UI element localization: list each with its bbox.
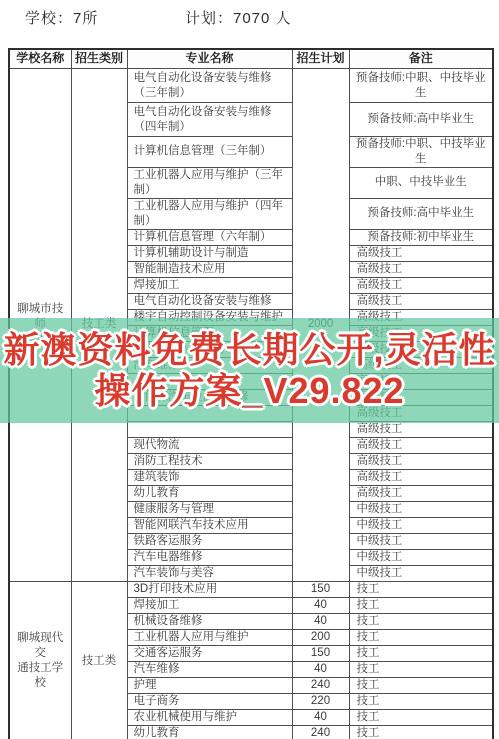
major-cell: 智能制造技术应用	[127, 261, 292, 277]
major-cell: 农业机械使用与维护	[127, 709, 292, 725]
major-cell: 计算机信息管理（六年制）	[127, 229, 292, 245]
note-cell: 高级技工	[349, 485, 493, 501]
note-cell: 高级技工	[349, 277, 493, 293]
note-cell: 高级技工	[349, 245, 493, 261]
major-cell: 建筑装饰	[127, 469, 292, 485]
note-cell: 高级技工	[349, 469, 493, 485]
note-cell: 预备技师:高中毕业生	[349, 198, 493, 229]
major-cell: 幼儿教育	[127, 485, 292, 501]
major-cell: 汽车装饰与美容	[127, 565, 292, 581]
plan-count-label: 计划：7070 人	[185, 7, 292, 28]
note-cell: 中职、中技毕业生	[349, 167, 493, 198]
major-cell: 焊接加工	[127, 277, 292, 293]
major-cell	[127, 421, 292, 437]
major-cell: 电气自动化设备安装与维修	[127, 293, 292, 309]
header-row: 学校名称招生类别专业名称招生计划备注	[9, 49, 493, 69]
note-cell: 技工	[349, 597, 493, 613]
note-cell: 中级技工	[349, 533, 493, 549]
major-cell: 汽车维修	[127, 661, 292, 677]
table-row: 聊城市技师学院技工类电气自动化设备安装与维修（三年制）2000预备技师:中职、中…	[9, 69, 493, 103]
note-cell: 高级技工	[349, 261, 493, 277]
major-cell: 工业机器人应用与维护	[127, 629, 292, 645]
major-cell: 铁路客运服务	[127, 533, 292, 549]
major-cell: 工业机器人应用与维护（三年制）	[127, 167, 292, 198]
major-cell: 智能网联汽车技术应用	[127, 517, 292, 533]
note-cell: 技工	[349, 725, 493, 739]
note-cell: 技工	[349, 661, 493, 677]
major-cell: 机械设备维修	[127, 613, 292, 629]
column-header: 备注	[349, 49, 493, 69]
note-cell: 中级技工	[349, 501, 493, 517]
note-cell: 预备技师:高中毕业生	[349, 103, 493, 137]
note-cell: 技工	[349, 677, 493, 693]
watermark-overlay: 新澳资料免费长期公开,灵活性 操作方案_V29.822	[0, 318, 499, 423]
note-cell: 技工	[349, 613, 493, 629]
note-cell: 中级技工	[349, 517, 493, 533]
major-cell: 幼儿教育	[127, 725, 292, 739]
plan-cell: 220	[292, 693, 349, 709]
watermark-line-2: 操作方案_V29.822	[94, 371, 404, 412]
school-name-cell: 聊城现代交通技工学校	[9, 581, 71, 739]
plan-cell: 40	[292, 709, 349, 725]
major-cell: 汽车电器维修	[127, 549, 292, 565]
plan-cell: 40	[292, 613, 349, 629]
note-cell: 中级技工	[349, 565, 493, 581]
note-cell: 中级技工	[349, 549, 493, 565]
major-cell: 电气自动化设备安装与维修（三年制）	[127, 69, 292, 103]
note-cell: 高级技工	[349, 293, 493, 309]
note-cell: 技工	[349, 581, 493, 597]
major-cell: 3D打印技术应用	[127, 581, 292, 597]
major-cell: 工业机器人应用与维护（四年制）	[127, 198, 292, 229]
plan-cell: 40	[292, 597, 349, 613]
major-cell: 护理	[127, 677, 292, 693]
major-cell: 现代物流	[127, 437, 292, 453]
note-cell: 高级技工	[349, 437, 493, 453]
category-cell: 技工类	[71, 581, 127, 739]
plan-cell: 150	[292, 645, 349, 661]
note-cell: 预备技师:初中毕业生	[349, 229, 493, 245]
note-cell: 预备技师:中职、中技毕业生	[349, 137, 493, 168]
plan-cell: 240	[292, 725, 349, 739]
table-row: 聊城现代交通技工学校技工类3D打印技术应用150技工	[9, 581, 493, 597]
column-header: 学校名称	[9, 49, 71, 69]
major-cell: 电子商务	[127, 693, 292, 709]
major-cell: 消防工程技术	[127, 453, 292, 469]
plan-cell: 200	[292, 629, 349, 645]
major-cell: 健康服务与管理	[127, 501, 292, 517]
plan-cell: 40	[292, 661, 349, 677]
note-cell: 技工	[349, 693, 493, 709]
note-cell: 技工	[349, 645, 493, 661]
major-cell: 交通客运服务	[127, 645, 292, 661]
column-header: 招生类别	[71, 49, 127, 69]
summary-bar: 学校：7所 计划：7070 人	[25, 7, 485, 28]
schools-count-label: 学校：7所	[25, 7, 98, 28]
note-cell: 预备技师:中职、中技毕业生	[349, 69, 493, 103]
table-head: 学校名称招生类别专业名称招生计划备注	[9, 49, 493, 69]
major-cell: 计算机辅助设计与制造	[127, 245, 292, 261]
note-cell: 高级技工	[349, 421, 493, 437]
major-cell: 电气自动化设备安装与维修（四年制）	[127, 103, 292, 137]
plan-cell: 150	[292, 581, 349, 597]
note-cell: 高级技工	[349, 453, 493, 469]
watermark-line-1: 新澳资料免费长期公开,灵活性	[3, 330, 495, 371]
plan-cell: 240	[292, 677, 349, 693]
note-cell: 技工	[349, 709, 493, 725]
column-header: 招生计划	[292, 49, 349, 69]
major-cell: 焊接加工	[127, 597, 292, 613]
page: { "summary": { "schools_label": "学校：7所",…	[0, 0, 499, 739]
note-cell: 技工	[349, 629, 493, 645]
major-cell: 计算机信息管理（三年制）	[127, 137, 292, 168]
column-header: 专业名称	[127, 49, 292, 69]
